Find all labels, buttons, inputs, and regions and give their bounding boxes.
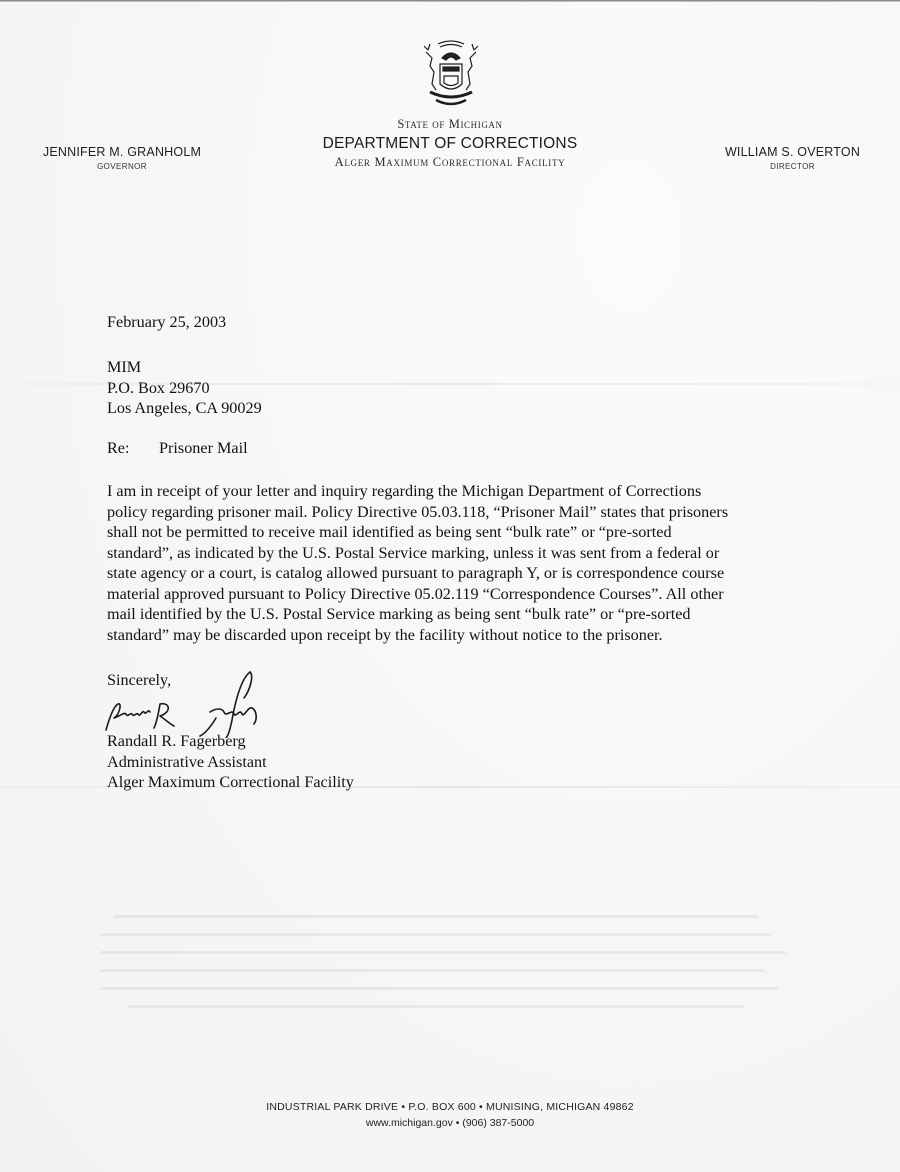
- director-name: WILLIAM S. OVERTON: [700, 145, 885, 159]
- body-line: shall not be permitted to receive mail i…: [107, 522, 827, 543]
- governor-name: JENNIFER M. GRANHOLM: [22, 145, 222, 159]
- body-line: material approved pursuant to Policy Dir…: [107, 584, 827, 605]
- letter-page: State of Michigan DEPARTMENT OF CORRECTI…: [0, 0, 900, 1172]
- recipient-city: Los Angeles, CA 90029: [107, 398, 827, 419]
- footer-address: INDUSTRIAL PARK DRIVE • P.O. BOX 600 • M…: [200, 1101, 700, 1113]
- michigan-state-seal-icon: [418, 38, 484, 110]
- subject-text: Prisoner Mail: [159, 439, 248, 457]
- governor-block: JENNIFER M. GRANHOLM GOVERNOR: [22, 145, 222, 171]
- body-line: state agency or a court, is catalog allo…: [107, 563, 827, 584]
- body-line: I am in receipt of your letter and inqui…: [107, 481, 827, 502]
- signer-organization: Alger Maximum Correctional Facility: [107, 772, 827, 793]
- signer-name: Randall R. Fagerberg: [107, 731, 827, 752]
- letterhead-department: DEPARTMENT OF CORRECTIONS: [300, 135, 600, 153]
- signer-block: Randall R. Fagerberg Administrative Assi…: [107, 731, 827, 793]
- body-line: mail identified by the U.S. Postal Servi…: [107, 604, 827, 625]
- subject-line: Re:Prisoner Mail: [107, 438, 827, 459]
- body-line: standard”, as indicated by the U.S. Post…: [107, 543, 827, 564]
- recipient-name: MIM: [107, 357, 827, 378]
- recipient-po-box: P.O. Box 29670: [107, 378, 827, 399]
- letter-date: February 25, 2003: [107, 312, 827, 333]
- footer-contact: www.michigan.gov • (906) 387-5000: [200, 1117, 700, 1129]
- body-line: policy regarding prisoner mail. Policy D…: [107, 502, 827, 523]
- signer-title: Administrative Assistant: [107, 752, 827, 773]
- director-block: WILLIAM S. OVERTON DIRECTOR: [700, 145, 885, 171]
- director-title: DIRECTOR: [700, 162, 885, 171]
- letterhead-facility: Alger Maximum Correctional Facility: [300, 155, 600, 170]
- recipient-address: MIM P.O. Box 29670 Los Angeles, CA 90029: [107, 357, 827, 419]
- letterhead-state: State of Michigan: [300, 117, 600, 132]
- subject-label: Re:: [107, 438, 159, 459]
- letter-body: I am in receipt of your letter and inqui…: [107, 481, 827, 645]
- body-line: standard” may be discarded upon receipt …: [107, 625, 827, 646]
- governor-title: GOVERNOR: [22, 162, 222, 171]
- handwritten-signature-icon: [100, 668, 280, 738]
- reverse-side-bleed-through: [100, 915, 800, 1045]
